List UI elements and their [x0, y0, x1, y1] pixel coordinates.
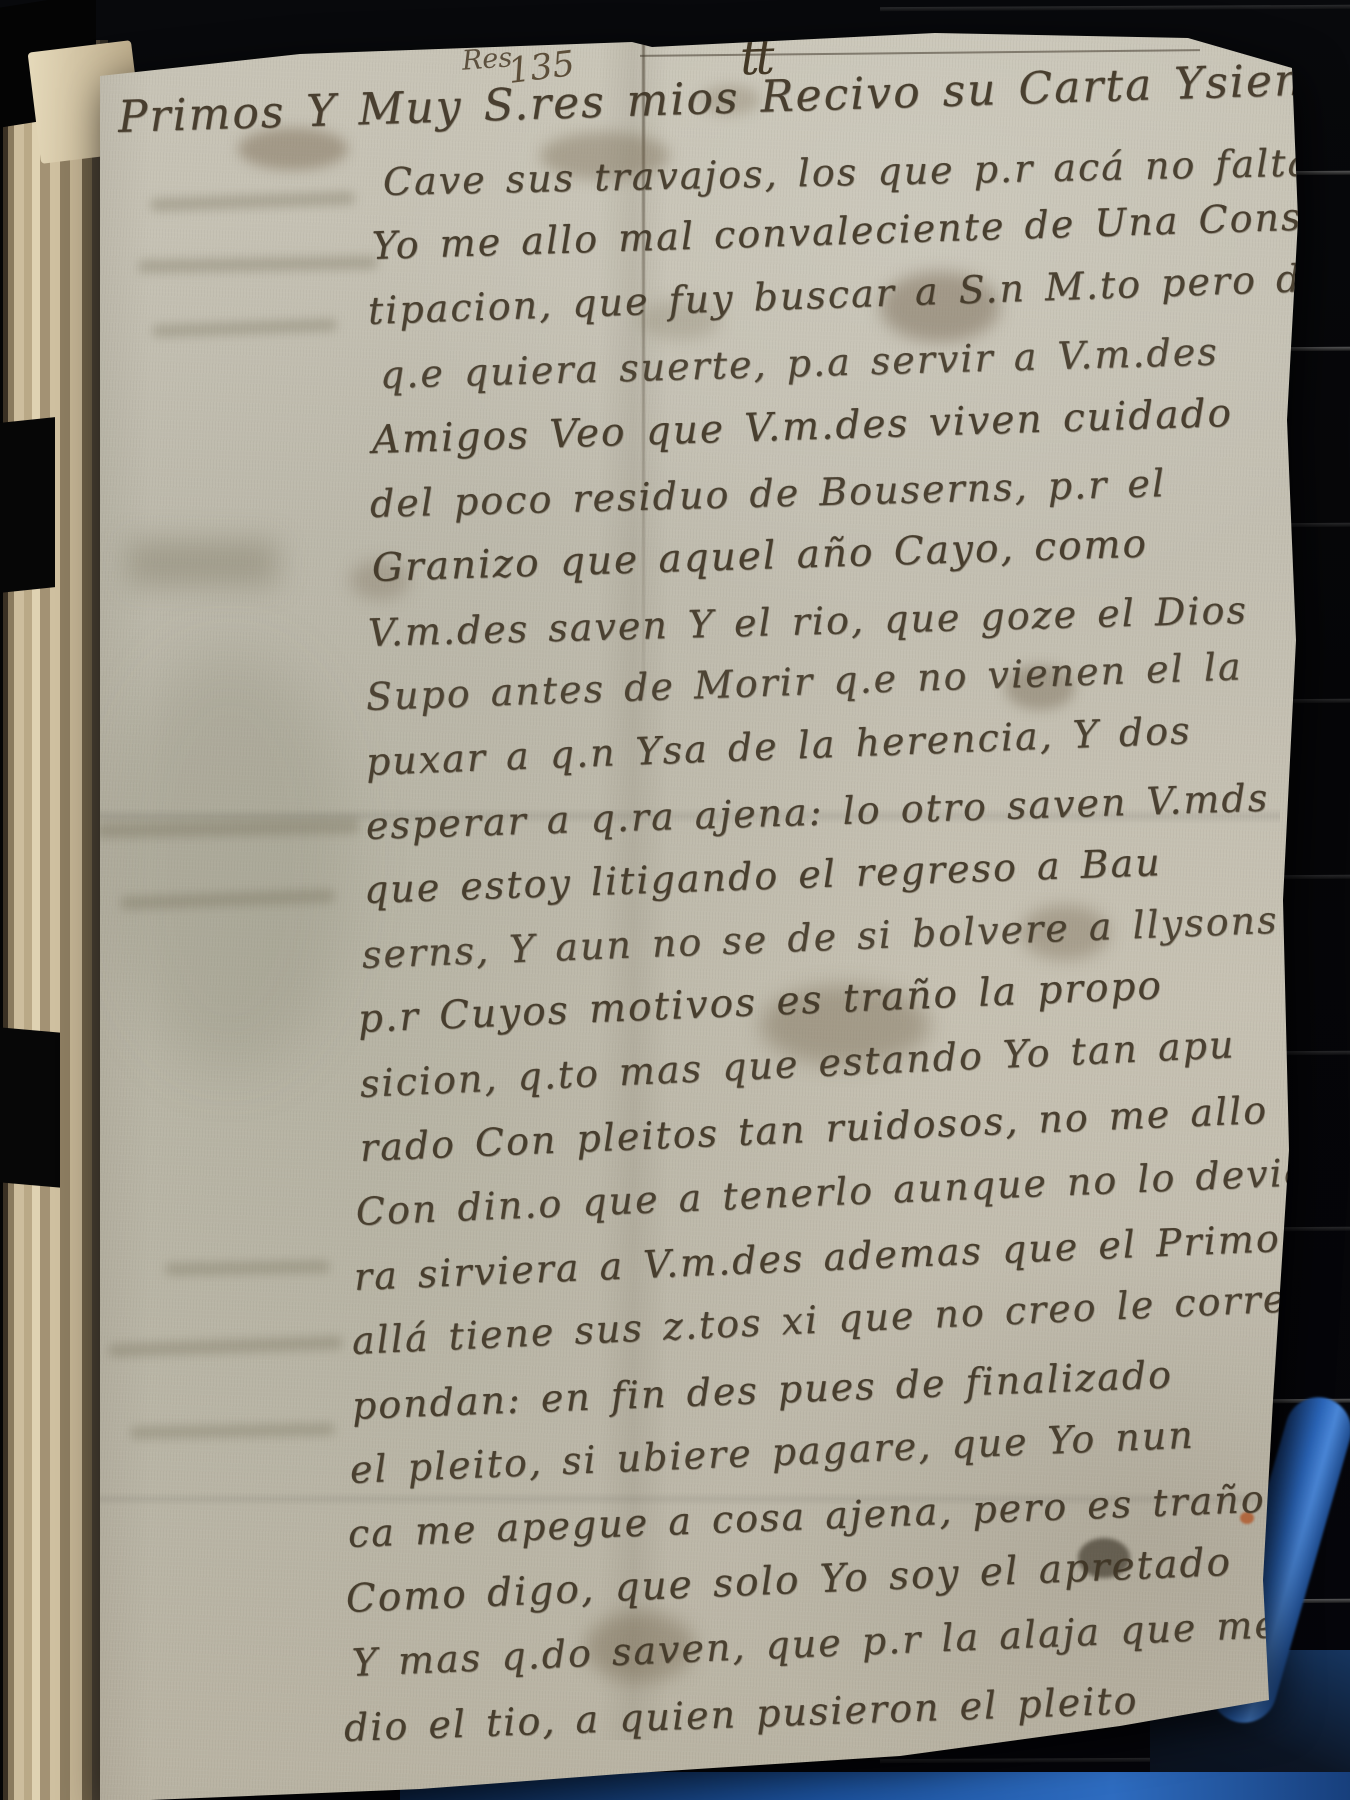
- verso-show-through: [110, 650, 350, 1070]
- manuscript-line: V.m.des saven Y el rio, que goze el Dios: [367, 588, 1248, 655]
- manuscript-line: del poco residuo de Bouserns, p.r el: [369, 461, 1166, 526]
- manuscript-line: puxar a q.n Ysa de la herencia, Y dos: [365, 708, 1192, 784]
- manuscript-line: el pleito, si ubiere pagare, que Yo nun: [349, 1413, 1195, 1492]
- res-mark: Res: [461, 42, 513, 76]
- manuscript-line: Cave sus travajos, los que p.r acá no fa…: [383, 140, 1340, 204]
- top-edge-crease: [640, 49, 1200, 57]
- manuscript-line: Supo antes de Morir q.e no vienen el la: [365, 644, 1243, 719]
- verso-show-through: [165, 1261, 330, 1276]
- manuscript-line: Amigos Veo que V.m.des viven cuidado: [371, 391, 1233, 463]
- verso-show-through: [150, 191, 355, 211]
- photo-scene: Res 135 tt Primos Y Muy S.res mios Reciv…: [0, 0, 1350, 1800]
- manuscript-line: esperar a q.ra ajena: lo otro saven V.md…: [365, 776, 1270, 848]
- manuscript-page: Res 135 tt Primos Y Muy S.res mios Reciv…: [0, 0, 1350, 1800]
- verso-show-through: [138, 256, 378, 273]
- manuscript-line: pondan: en fin des pues de finalizado: [351, 1352, 1174, 1428]
- verso-show-through: [128, 540, 278, 586]
- manuscript-line: Yo me allo mal convaleciente de Una Cons: [371, 195, 1303, 268]
- manuscript-line: dio el tio, a quien pusieron el pleito: [343, 1678, 1139, 1750]
- manuscript-line: q.e quiera suerte, p.a servir a V.m.des: [379, 330, 1219, 397]
- verso-show-through: [130, 1423, 335, 1439]
- manuscript-line: tipacion, que fuy buscar a S.n M.to pero…: [367, 256, 1327, 333]
- manuscript-line: Primos Y Muy S.res mios Recivo su Carta …: [117, 50, 1350, 143]
- manuscript-line: que estoy litigando el regreso a Bau: [363, 840, 1162, 912]
- manuscript-line: Granizo que aquel año Cayo, como: [371, 522, 1148, 591]
- verso-show-through: [108, 1336, 343, 1357]
- manuscript-page-wrap: Res 135 tt Primos Y Muy S.res mios Reciv…: [0, 0, 1350, 1800]
- verso-show-through: [152, 319, 337, 337]
